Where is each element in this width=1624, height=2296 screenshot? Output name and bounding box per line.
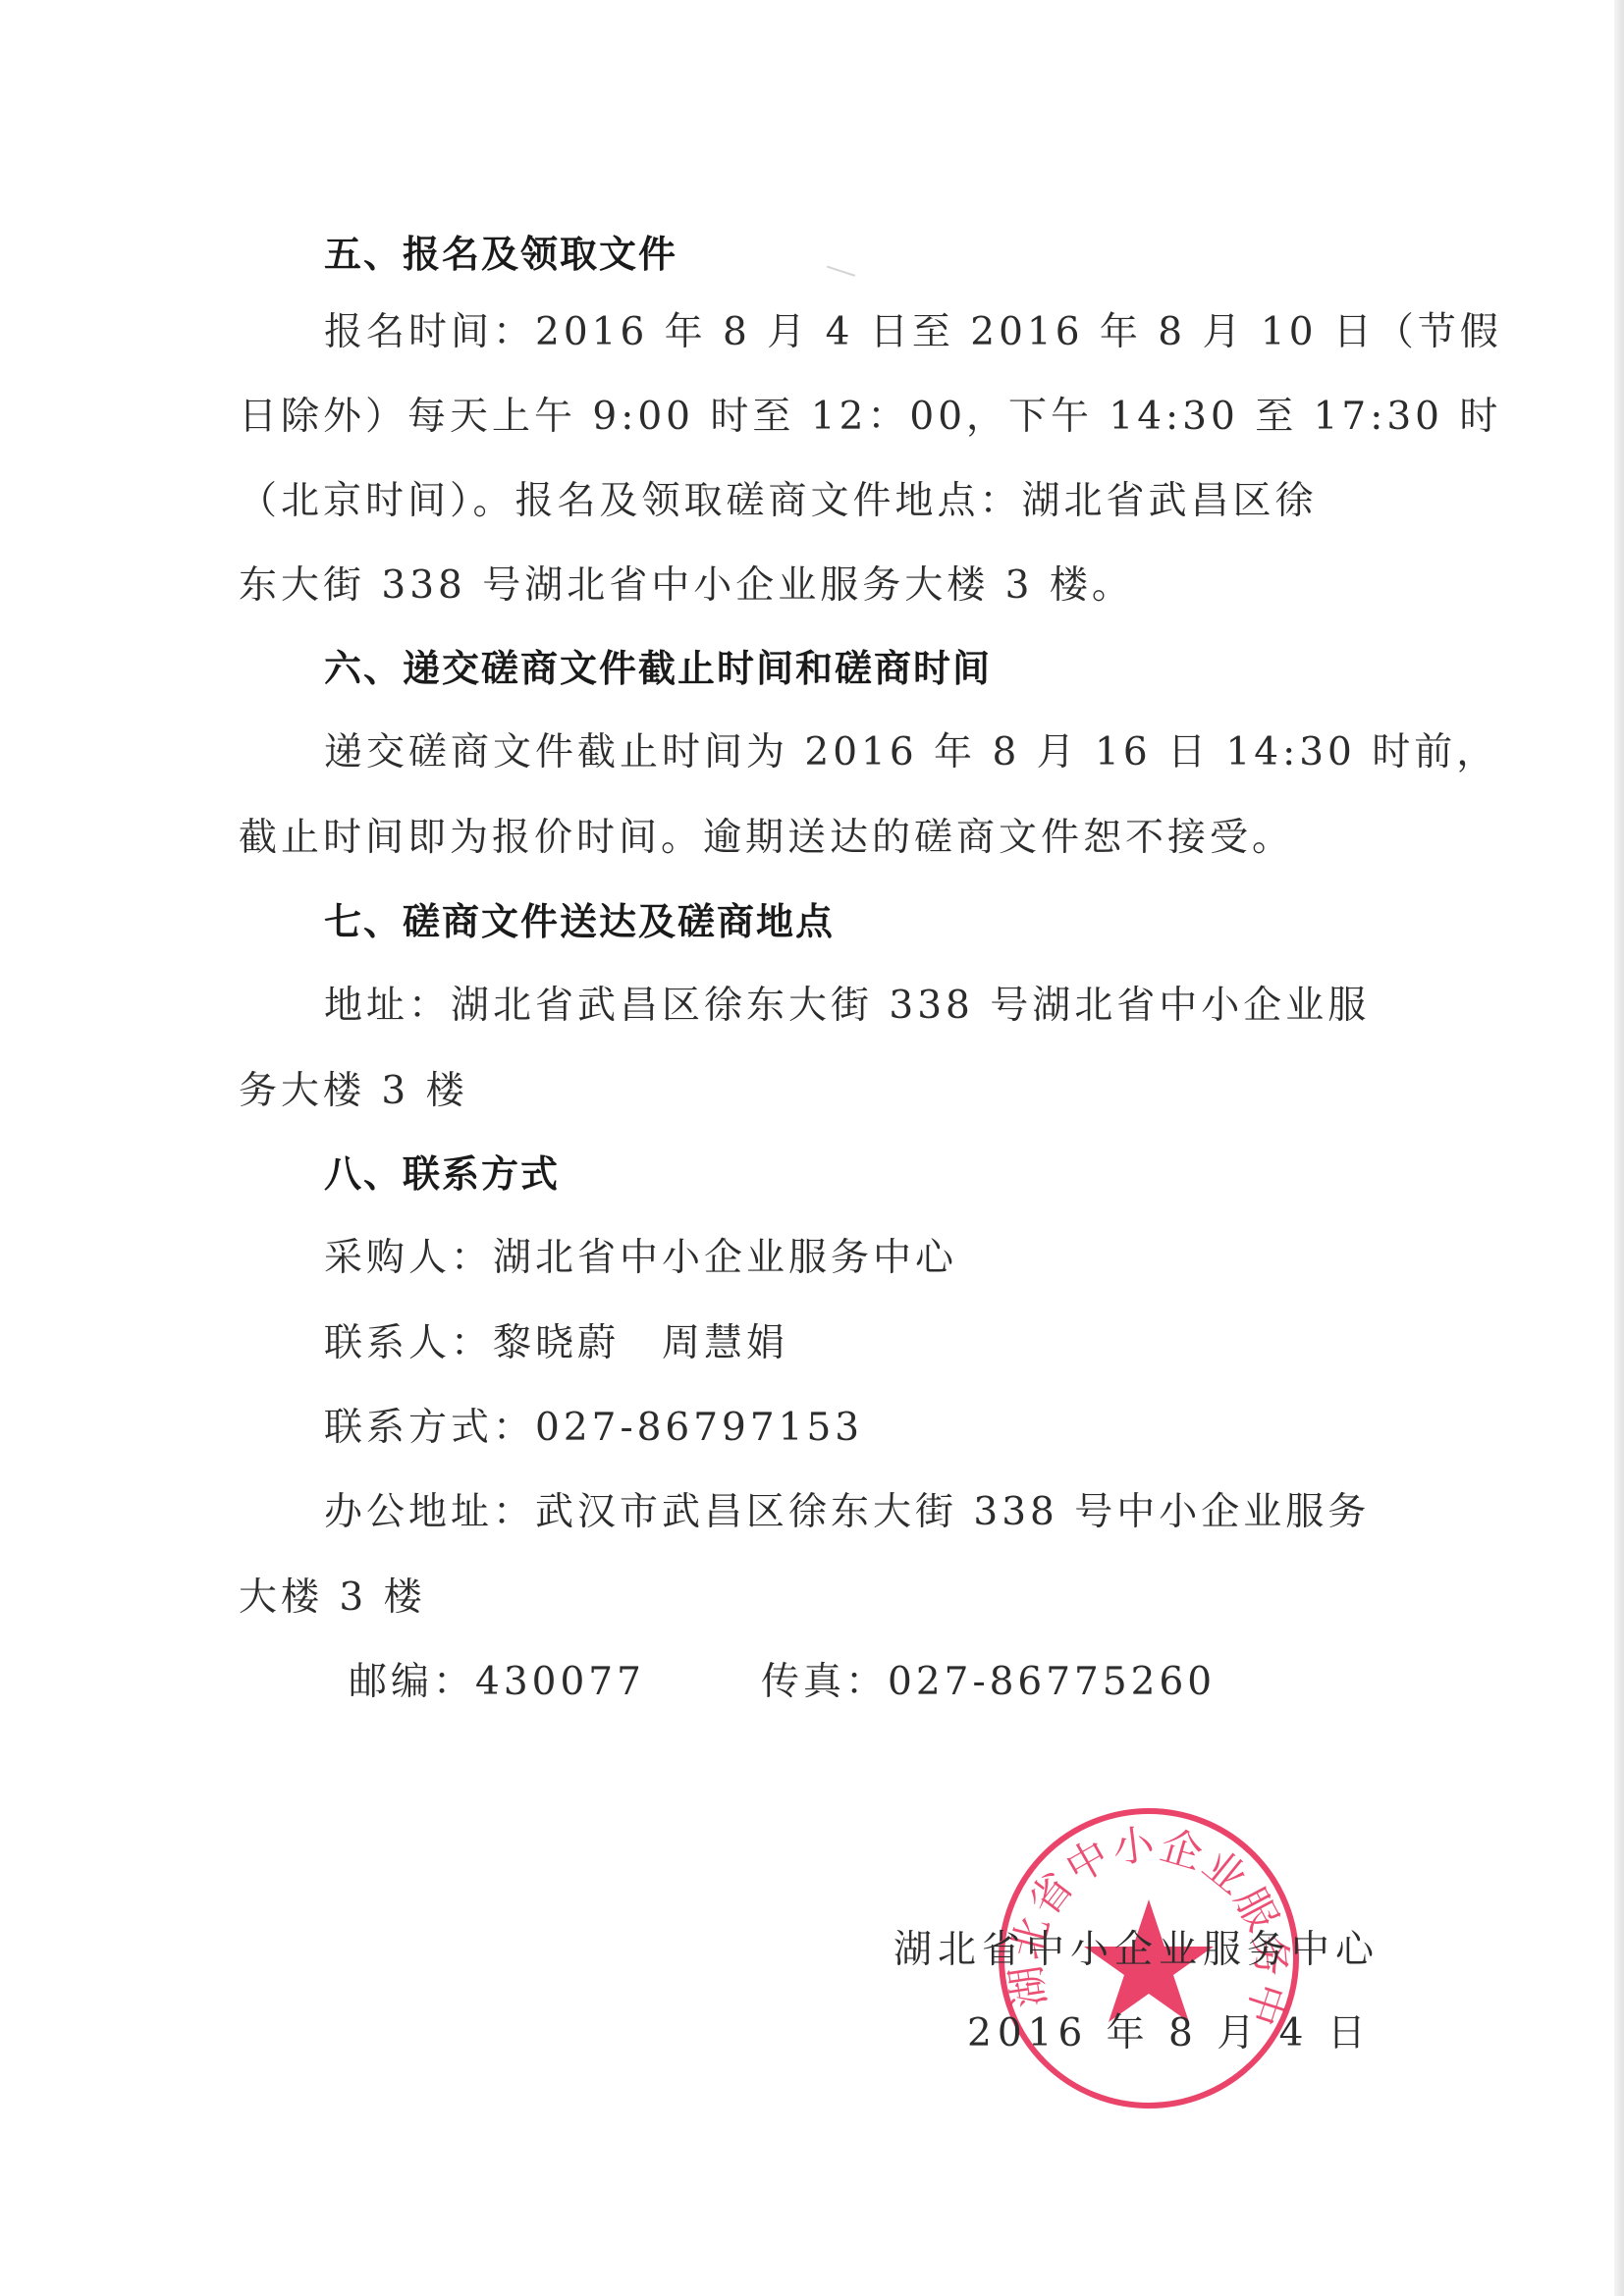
- signature-organization: 湖北省中小企业服务中心: [893, 1919, 1380, 1974]
- section-7-line-2: 务大楼 3 楼: [239, 1060, 468, 1115]
- section-5-heading: 五、报名及领取文件: [324, 224, 677, 278]
- page-edge-shadow: [1614, 0, 1624, 2296]
- purchaser-line: 采购人：湖北省中小企业服务中心: [324, 1227, 957, 1282]
- signature-date: 2016 年 8 月 4 日: [967, 2002, 1372, 2057]
- postcode-line: 邮编：430077: [349, 1651, 645, 1706]
- office-address-line-1: 办公地址：武汉市武昌区徐东大街 338 号中小企业服务: [324, 1481, 1370, 1536]
- section-6-line-2: 截止时间即为报价时间。逾期送达的磋商文件恕不接受。: [239, 807, 1294, 862]
- contact-phone-line: 联系方式：027-86797153: [324, 1397, 863, 1452]
- scan-mark: [824, 266, 855, 287]
- section-5-line-4: 东大街 338 号湖北省中小企业服务大楼 3 楼。: [239, 555, 1134, 610]
- section-6-heading: 六、递交磋商文件截止时间和磋商时间: [324, 638, 992, 692]
- section-5-line-1: 报名时间：2016 年 8 月 4 日至 2016 年 8 月 10 日（节假: [324, 301, 1502, 356]
- document-page: 五、报名及领取文件 报名时间：2016 年 8 月 4 日至 2016 年 8 …: [0, 0, 1624, 2296]
- fax-line: 传真：027-86775260: [761, 1651, 1216, 1706]
- section-8-heading: 八、联系方式: [324, 1144, 560, 1198]
- section-6-line-1: 递交磋商文件截止时间为 2016 年 8 月 16 日 14:30 时前，: [324, 721, 1498, 776]
- section-5-line-2: 日除外）每天上午 9:00 时至 12：00，下午 14:30 至 17:30 …: [239, 386, 1501, 441]
- section-5-line-3: （北京时间）。报名及领取磋商文件地点：湖北省武昌区徐: [239, 470, 1318, 525]
- contact-person-line: 联系人：黎晓蔚 周慧娟: [324, 1312, 788, 1367]
- section-7-heading: 七、磋商文件送达及磋商地点: [324, 891, 835, 945]
- section-7-line-1: 地址：湖北省武昌区徐东大街 338 号湖北省中小企业服: [324, 975, 1370, 1030]
- office-address-line-2: 大楼 3 楼: [239, 1567, 426, 1622]
